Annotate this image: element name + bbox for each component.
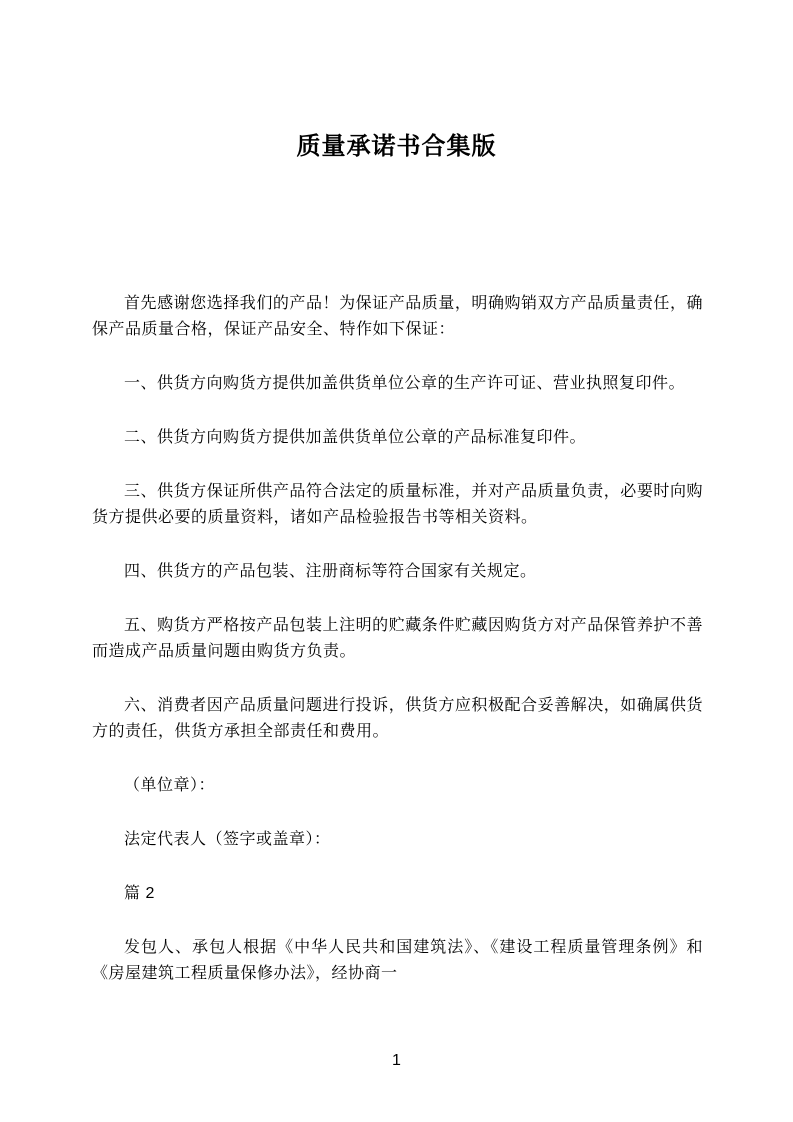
document-body: 首先感谢您选择我们的产品！为保证产品质量，明确购销双方产品质量责任，确保产品质量… [92, 291, 703, 987]
page-number: 1 [0, 1050, 793, 1072]
paragraph-legal-representative: 法定代表人（签字或盖章）： [92, 827, 703, 853]
paragraph-section-2-intro: 发包人、承包人根据《中华人民共和国建筑法》、《建设工程质量管理条例》和《房屋建筑… [92, 935, 703, 987]
paragraph-item-1: 一、供货方向购货方提供加盖供货单位公章的生产许可证、营业执照复印件。 [92, 371, 703, 397]
paragraph-section-2-label: 篇 2 [92, 881, 703, 907]
paragraph-item-3: 三、供货方保证所供产品符合法定的质量标准，并对产品质量负责，必要时向购货方提供必… [92, 479, 703, 531]
paragraph-item-4: 四、供货方的产品包装、注册商标等符合国家有关规定。 [92, 559, 703, 585]
paragraph-intro: 首先感谢您选择我们的产品！为保证产品质量，明确购销双方产品质量责任，确保产品质量… [92, 291, 703, 343]
document-title: 质量承诺书合集版 [0, 0, 793, 164]
paragraph-item-5: 五、购货方严格按产品包装上注明的贮藏条件贮藏因购货方对产品保管养护不善而造成产品… [92, 613, 703, 665]
paragraph-unit-seal: （单位章）： [92, 773, 703, 799]
paragraph-item-2: 二、供货方向购货方提供加盖供货单位公章的产品标准复印件。 [92, 425, 703, 451]
paragraph-item-6: 六、消费者因产品质量问题进行投诉，供货方应积极配合妥善解决，如确属供货方的责任，… [92, 693, 703, 745]
document-page: 质量承诺书合集版 首先感谢您选择我们的产品！为保证产品质量，明确购销双方产品质量… [0, 0, 793, 1122]
